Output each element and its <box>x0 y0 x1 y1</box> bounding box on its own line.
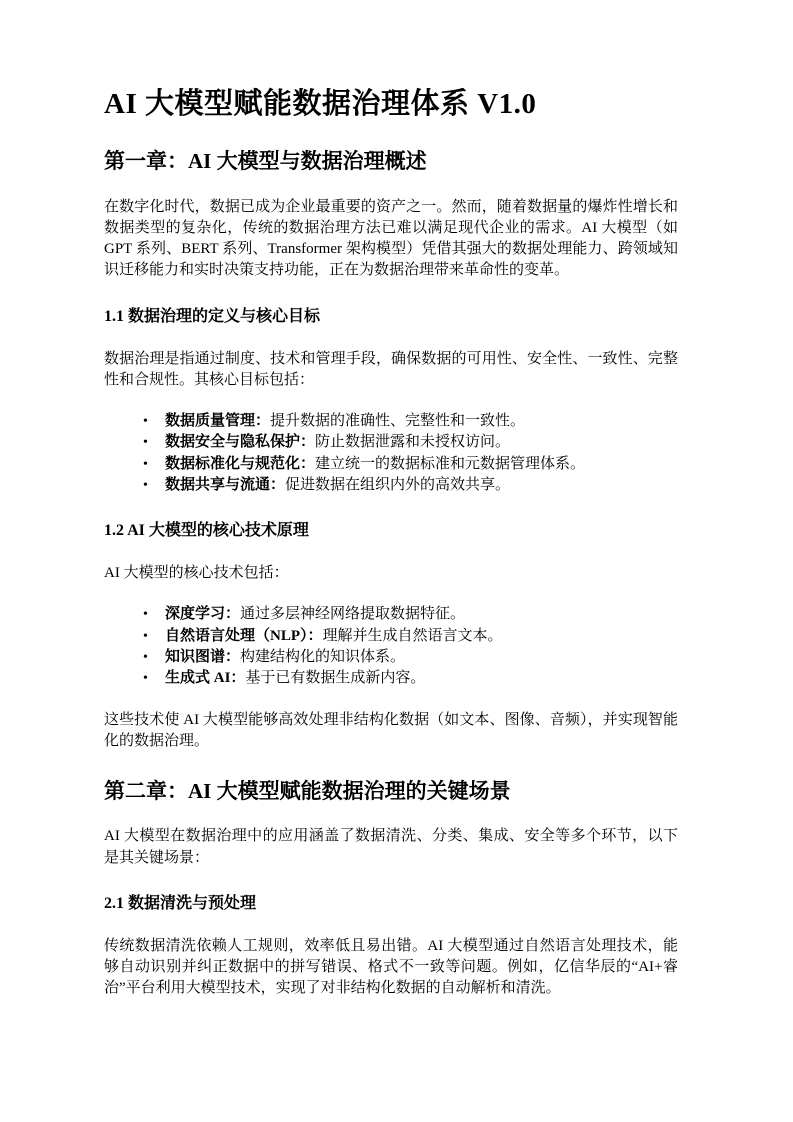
list-item-term: 自然语言处理（NLP）： <box>165 628 323 644</box>
section-2-1-heading: 2.1 数据清洗与预处理 <box>104 894 678 915</box>
list-item-term: 深度学习： <box>165 606 240 622</box>
chapter-1-intro-paragraph: 在数字化时代，数据已成为企业最重要的资产之一。然而，随着数据量的爆炸性增长和数据… <box>104 197 678 282</box>
list-item-term: 数据安全与隐私保护： <box>165 434 315 450</box>
list-item-term: 数据标准化与规范化： <box>165 456 315 472</box>
section-1-2-outro-paragraph: 这些技术使 AI 大模型能够高效处理非结构化数据（如文本、图像、音频），并实现智… <box>104 710 678 753</box>
list-item-term: 生成式 AI： <box>165 670 245 686</box>
chapter-2-intro-paragraph: AI 大模型在数据治理中的应用涵盖了数据清洗、分类、集成、安全等多个环节，以下是… <box>104 826 678 869</box>
list-item-term: 数据共享与流通： <box>165 477 285 493</box>
list-item: 深度学习：通过多层神经网络提取数据特征。 <box>165 604 678 625</box>
section-1-2-lead-paragraph: AI 大模型的核心技术包括： <box>104 563 678 584</box>
section-1-1-heading: 1.1 数据治理的定义与核心目标 <box>104 307 678 328</box>
list-item-desc: 基于已有数据生成新内容。 <box>245 670 425 686</box>
list-item: 自然语言处理（NLP）：理解并生成自然语言文本。 <box>165 626 678 647</box>
section-1-1-lead-paragraph: 数据治理是指通过制度、技术和管理手段，确保数据的可用性、安全性、一致性、完整性和… <box>104 349 678 392</box>
chapter-1-heading: 第一章：AI 大模型与数据治理概述 <box>104 148 678 175</box>
list-item-desc: 构建结构化的知识体系。 <box>240 649 405 665</box>
list-item: 数据安全与隐私保护：防止数据泄露和未授权访问。 <box>165 432 678 453</box>
list-item: 生成式 AI：基于已有数据生成新内容。 <box>165 668 678 689</box>
core-goals-list: 数据质量管理：提升数据的准确性、完整性和一致性。 数据安全与隐私保护：防止数据泄… <box>104 411 678 496</box>
list-item: 知识图谱：构建结构化的知识体系。 <box>165 647 678 668</box>
section-1-2-heading: 1.2 AI 大模型的核心技术原理 <box>104 521 678 542</box>
core-tech-list: 深度学习：通过多层神经网络提取数据特征。 自然语言处理（NLP）：理解并生成自然… <box>104 604 678 689</box>
list-item-desc: 理解并生成自然语言文本。 <box>323 628 503 644</box>
list-item: 数据标准化与规范化：建立统一的数据标准和元数据管理体系。 <box>165 454 678 475</box>
list-item-desc: 提升数据的准确性、完整性和一致性。 <box>270 413 525 429</box>
list-item-desc: 通过多层神经网络提取数据特征。 <box>240 606 465 622</box>
section-2-1-lead-paragraph: 传统数据清洗依赖人工规则，效率低且易出错。AI 大模型通过自然语言处理技术，能够… <box>104 936 678 1000</box>
list-item-desc: 建立统一的数据标准和元数据管理体系。 <box>315 456 585 472</box>
list-item-term: 知识图谱： <box>165 649 240 665</box>
list-item: 数据共享与流通：促进数据在组织内外的高效共享。 <box>165 475 678 496</box>
list-item: 数据质量管理：提升数据的准确性、完整性和一致性。 <box>165 411 678 432</box>
list-item-desc: 防止数据泄露和未授权访问。 <box>315 434 510 450</box>
list-item-term: 数据质量管理： <box>165 413 270 429</box>
list-item-desc: 促进数据在组织内外的高效共享。 <box>285 477 510 493</box>
chapter-2-heading: 第二章：AI 大模型赋能数据治理的关键场景 <box>104 778 678 805</box>
document-title: AI 大模型赋能数据治理体系 V1.0 <box>104 86 678 122</box>
document-page: AI 大模型赋能数据治理体系 V1.0 第一章：AI 大模型与数据治理概述 在数… <box>0 0 793 1122</box>
